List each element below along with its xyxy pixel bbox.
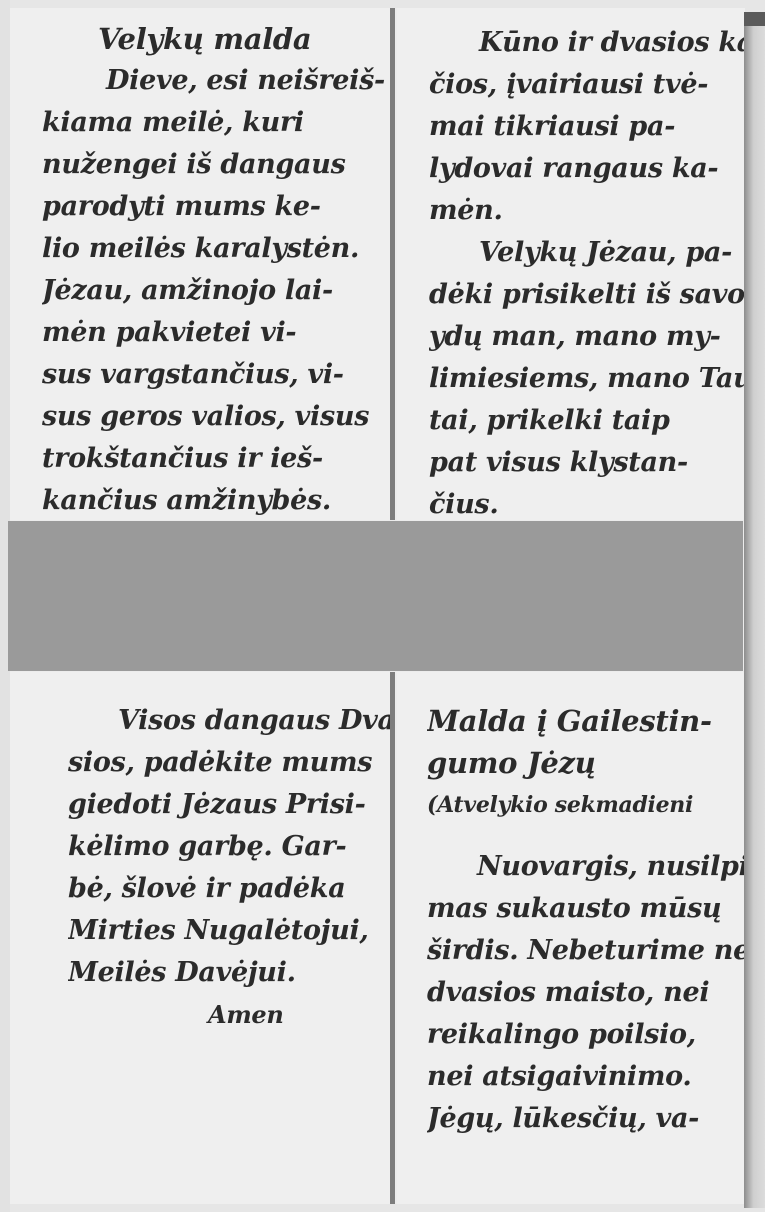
text-line: trokštančius ir ieš- bbox=[42, 438, 390, 480]
text-line: sus geros valios, visus bbox=[42, 396, 390, 438]
text-line: nužengei iš dangaus bbox=[42, 144, 390, 186]
text-line: Jėzau, amžinojo lai- bbox=[42, 270, 390, 312]
book-spine-shadow bbox=[744, 12, 765, 26]
panel-top-left: Velykų malda Dieve, esi neišreiš- kiama … bbox=[10, 8, 390, 520]
text-line: giedoti Jėzaus Prisi- bbox=[68, 784, 390, 826]
text-line: širdis. Nebeturime nei bbox=[427, 930, 745, 972]
text-line: Visos dangaus Dva- bbox=[68, 700, 390, 742]
text-line: mėn pakvietei vi- bbox=[42, 312, 390, 354]
text-line: dėki prisikelti iš savo bbox=[429, 274, 745, 316]
text-line: pat visus klystan- bbox=[429, 442, 745, 484]
gray-separator-band bbox=[8, 521, 743, 671]
closing-amen: Amen bbox=[68, 994, 390, 1036]
panel-bottom-right: Malda į Gailestin- gumo Jėzų (Atvelykio … bbox=[397, 672, 745, 1204]
text-line: Velykų Jėzau, pa- bbox=[429, 232, 745, 274]
text-line: ydų man, mano my- bbox=[429, 316, 745, 358]
panel-bottom-left: Visos dangaus Dva- sios, padėkite mums g… bbox=[10, 672, 390, 1204]
text-line: mėn. bbox=[429, 190, 745, 232]
column-divider-bottom bbox=[390, 672, 395, 1204]
text-line: Meilės Davėjui. bbox=[68, 952, 390, 994]
book-spine-edge bbox=[744, 12, 765, 1208]
text-line: Mirties Nugalėtojui, bbox=[68, 910, 390, 952]
text-line: sus vargstančius, vi- bbox=[42, 354, 390, 396]
text-line: bė, šlovė ir padėka bbox=[68, 868, 390, 910]
prayer-title: gumo Jėzų bbox=[427, 742, 745, 784]
text-line: kėlimo garbę. Gar- bbox=[68, 826, 390, 868]
text-line: dvasios maisto, nei bbox=[427, 972, 745, 1014]
text-line: limiesiems, mano Tau- bbox=[429, 358, 745, 400]
text-line: čios, įvairiausi tvė- bbox=[429, 64, 745, 106]
prayer-title: Malda į Gailestin- bbox=[427, 700, 745, 742]
text-line: kančius amžinybės. bbox=[42, 480, 390, 522]
text-line: nei atsigaivinimo. bbox=[427, 1056, 745, 1098]
column-divider-top bbox=[390, 8, 395, 520]
prayer-title: Velykų malda bbox=[98, 18, 390, 60]
text-line: Nuovargis, nusilpi- bbox=[427, 846, 745, 888]
text-line: Dieve, esi neišreiš- bbox=[42, 60, 390, 102]
text-line: Kūno ir dvasios ka- bbox=[429, 22, 745, 64]
text-line: tai, prikelki taip bbox=[429, 400, 745, 442]
prayer-subtitle: (Atvelykio sekmadieni bbox=[427, 784, 745, 826]
text-line: mai tikriausi pa- bbox=[429, 106, 745, 148]
text-line: reikalingo poilsio, bbox=[427, 1014, 745, 1056]
text-line: parodyti mums ke- bbox=[42, 186, 390, 228]
text-line: mas sukausto mūsų bbox=[427, 888, 745, 930]
text-line: Jėgų, lūkesčių, va- bbox=[427, 1098, 745, 1140]
panel-top-right: Kūno ir dvasios ka- čios, įvairiausi tvė… bbox=[397, 8, 745, 520]
text-line: lydovai rangaus ka- bbox=[429, 148, 745, 190]
text-line: kiama meilė, kuri bbox=[42, 102, 390, 144]
text-line: lio meilės karalystėn. bbox=[42, 228, 390, 270]
spacer bbox=[427, 826, 745, 846]
text-line: čius. bbox=[429, 484, 745, 526]
text-line: sios, padėkite mums bbox=[68, 742, 390, 784]
